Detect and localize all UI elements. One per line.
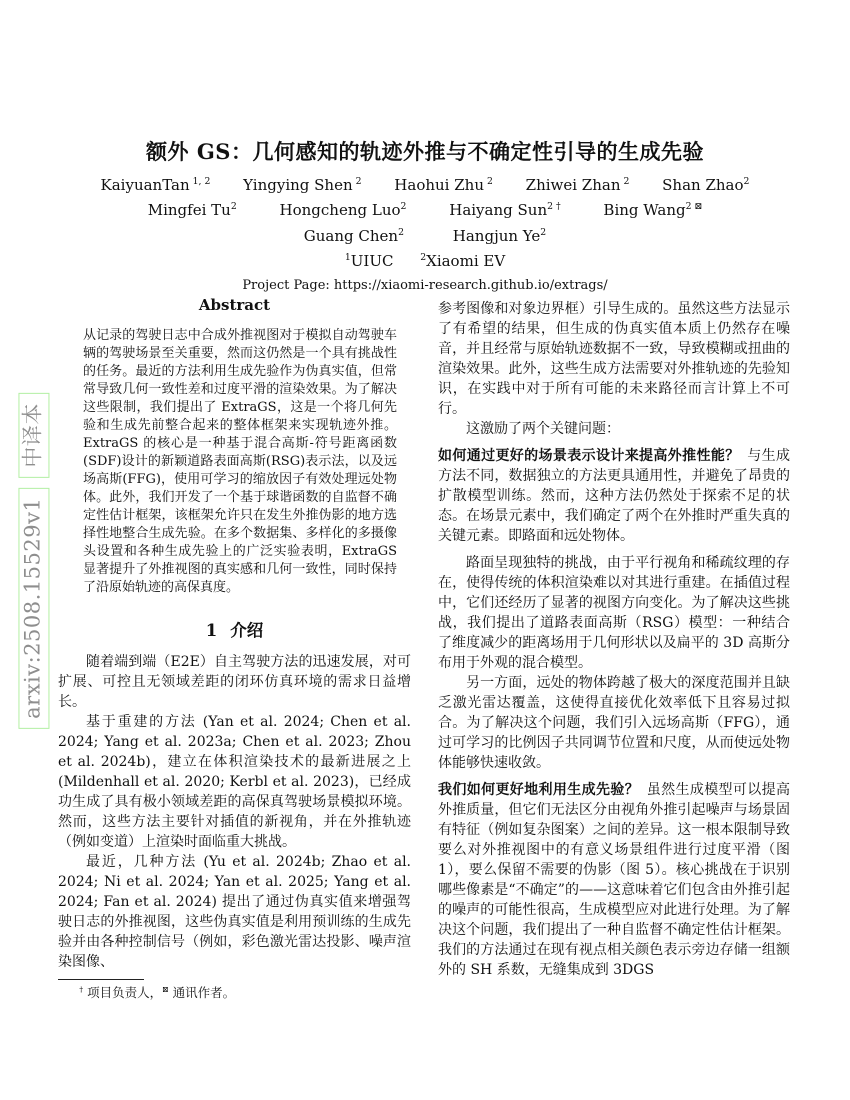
paragraph: 参考图像和对象边界框）引导生成的。虽然这些方法显示了有希望的结果，但生成的伪真实… xyxy=(438,299,790,419)
author-name: Haohui Zhu xyxy=(394,176,484,194)
abstract-heading: Abstract xyxy=(58,296,411,314)
author-name: Guang Chen xyxy=(304,227,398,245)
author-name: Bing Wang xyxy=(603,201,685,219)
section-title: 介绍 xyxy=(230,621,263,640)
affiliation-name: UIUC xyxy=(351,252,394,270)
author-sup: 2 xyxy=(621,176,630,187)
affiliation: 2Xiaomi EV xyxy=(420,249,505,274)
affiliation-name: Xiaomi EV xyxy=(426,252,505,270)
author: Zhiwei Zhan 2 xyxy=(526,173,630,198)
arxiv-watermark: arxiv:2508.15529v1 中译本 xyxy=(18,393,49,729)
runin-heading: 我们如何更好地利用生成先验？ xyxy=(438,782,639,798)
author-sup: 2 xyxy=(540,227,546,238)
paragraph: 路面呈现独特的挑战，由于平行视角和稀疏纹理的存在，使得传统的体积渲染难以对其进行… xyxy=(438,553,790,673)
arxiv-id-badge: arxiv:2508.15529v1 xyxy=(18,488,49,729)
author: Guang Chen2 xyxy=(304,224,404,249)
footnote-rule xyxy=(58,979,144,980)
author-sup: 2 ⊠ xyxy=(686,201,703,212)
author: Haiyang Sun2 † xyxy=(449,198,560,223)
affiliations-line: 1UIUC 2Xiaomi EV xyxy=(0,249,850,274)
author-sup: 2 xyxy=(401,201,407,212)
paragraph: 最近，几种方法 (Yu et al. 2024b; Zhao et al. 20… xyxy=(58,852,411,972)
author-sup: 2 xyxy=(231,201,237,212)
author: Hongcheng Luo2 xyxy=(280,198,407,223)
section-heading-introduction: 1介绍 xyxy=(58,617,411,641)
authors-line-2: Mingfei Tu2 Hongcheng Luo2 Haiyang Sun2 … xyxy=(0,198,850,223)
author: Shan Zhao2 xyxy=(662,173,749,198)
author: Hangjun Ye2 xyxy=(453,224,546,249)
author-name: Haiyang Sun xyxy=(449,201,547,219)
author: Mingfei Tu2 xyxy=(148,198,237,223)
right-column: 参考图像和对象边界框）引导生成的。虽然这些方法显示了有希望的结果，但生成的伪真实… xyxy=(438,299,790,987)
author-sup: 2 xyxy=(398,227,404,238)
section-number: 1 xyxy=(206,621,217,640)
authors-line-3: Guang Chen2 Hangjun Ye2 xyxy=(0,224,850,249)
authors-block: KaiyuanTan 1, 2 Yingying Shen 2 Haohui Z… xyxy=(0,173,850,296)
paragraph: 这激励了两个关键问题： xyxy=(438,419,790,439)
author-name: Hongcheng Luo xyxy=(280,201,401,219)
authors-line-1: KaiyuanTan 1, 2 Yingying Shen 2 Haohui Z… xyxy=(0,173,850,198)
paragraph: 基于重建的方法 (Yan et al. 2024; Chen et al. 20… xyxy=(58,712,411,852)
paper-page: arxiv:2508.15529v1 中译本 额外 GS：几何感知的轨迹外推与不… xyxy=(0,0,850,1100)
author-name: Zhiwei Zhan xyxy=(526,176,621,194)
left-column: Abstract 从记录的驾驶日志中合成外推视图对于模拟自动驾驶车辆的驾驶场景至… xyxy=(58,296,411,1001)
author-name: Mingfei Tu xyxy=(148,201,231,219)
project-page-line: Project Page: https://xiaomi-research.gi… xyxy=(0,275,850,296)
footnote-block: † 项目负责人，⊠ 通讯作者。 xyxy=(58,979,411,1001)
runin-heading: 如何通过更好的场景表示设计来提高外推性能？ xyxy=(438,448,740,464)
project-page-link[interactable]: Project Page: https://xiaomi-research.gi… xyxy=(242,278,607,293)
author: Bing Wang2 ⊠ xyxy=(603,198,702,223)
author-name: Shan Zhao xyxy=(662,176,743,194)
abstract-text: 从记录的驾驶日志中合成外推视图对于模拟自动驾驶车辆的驾驶场景至关重要，然而这仍然… xyxy=(83,327,397,597)
author-sup: 1, 2 xyxy=(190,176,211,187)
author: Haohui Zhu 2 xyxy=(394,173,493,198)
paragraph-key-question-1: 如何通过更好的场景表示设计来提高外推性能？与生成方法不同，数据独立的方法更具通用… xyxy=(438,446,790,546)
translation-badge: 中译本 xyxy=(18,393,49,478)
author: Yingying Shen 2 xyxy=(243,173,361,198)
author-name: Yingying Shen xyxy=(243,176,352,194)
paper-title: 额外 GS：几何感知的轨迹外推与不确定性引导的生成先验 xyxy=(0,136,850,166)
footnote-text: † 项目负责人，⊠ 通讯作者。 xyxy=(58,984,411,1001)
author-sup: 2 xyxy=(353,176,362,187)
author-sup: 2 † xyxy=(547,201,561,212)
author-sup: 2 xyxy=(744,176,750,187)
author: KaiyuanTan 1, 2 xyxy=(101,173,211,198)
affiliation: 1UIUC xyxy=(345,249,394,274)
author-name: KaiyuanTan xyxy=(101,176,190,194)
paragraph-key-question-2: 我们如何更好地利用生成先验？虽然生成模型可以提高外推质量，但它们无法区分由视角外… xyxy=(438,780,790,980)
author-sup: 2 xyxy=(484,176,493,187)
author-name: Hangjun Ye xyxy=(453,227,541,245)
paragraph: 随着端到端（E2E）自主驾驶方法的迅速发展，对可扩展、可控且无领域差距的闭环仿真… xyxy=(58,652,411,712)
paragraph: 另一方面，远处的物体跨越了极大的深度范围并且缺乏激光雷达覆盖，这使得直接优化效率… xyxy=(438,673,790,773)
